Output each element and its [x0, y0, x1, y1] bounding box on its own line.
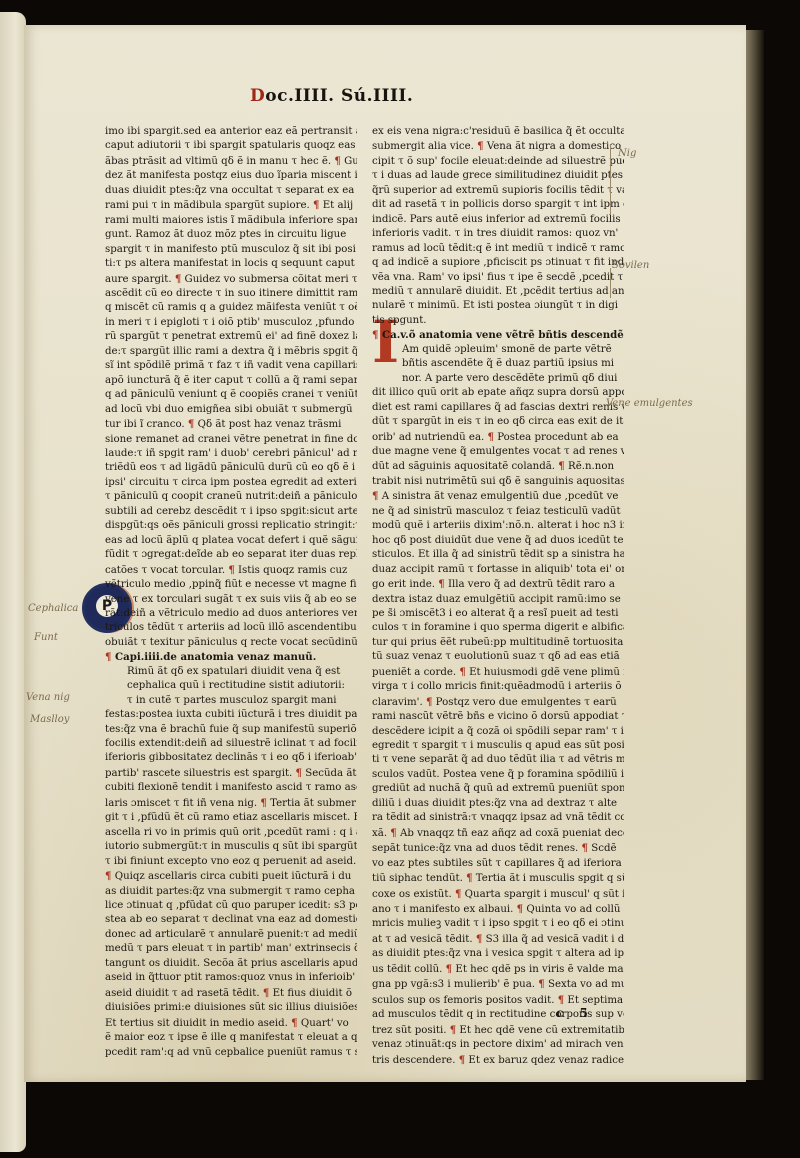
margin-bracket: [610, 145, 611, 215]
text-line: us tẽdit collũ. ¶ Et hec qdẽ ps in viris…: [372, 962, 624, 977]
text-line: nor. A parte vero descẽdẽte primũ qδ diu…: [372, 372, 624, 386]
text-line: Rimũ ãt qδ ex spatulari diuidit vena q̃ …: [105, 665, 357, 679]
text-line: dũt ad sãguinis aquositatẽ colandã. ¶ Rẽ…: [372, 459, 624, 474]
text-line: apõ iuncturã q̃ ẽ iter caput τ collũ a q…: [105, 374, 357, 388]
text-line: in meri τ i epigloti τ i oiõ ptib' muscu…: [105, 316, 357, 330]
paragraph-mark: ¶: [291, 1017, 297, 1029]
text-line: go erit inde. ¶ Illa vero q̃ ad dextrũ t…: [372, 577, 624, 592]
paragraph-mark: ¶: [558, 994, 564, 1006]
text-line: eas ad locũ ãplũ q platea vocat defert i…: [105, 534, 357, 548]
paragraph-mark: ¶: [263, 987, 269, 999]
text-line: sione remanet ad cranei vẽtre penetrat i…: [105, 433, 357, 447]
text-line: ti:τ ps altera manifestat in locis q seq…: [105, 257, 357, 271]
text-line: Am quidẽ ɔpleuim' smonẽ de parte vẽtrẽ: [372, 343, 624, 357]
text-line: vene τ ex torculari sugãt τ ex suis viis…: [105, 593, 357, 607]
text-line: culos τ in foramine i quo sperma digerit…: [372, 621, 624, 635]
text-line: egredit τ spargit τ i musculis q apud ea…: [372, 739, 624, 753]
running-head-initial: D: [250, 86, 265, 106]
paragraph-mark: ¶: [477, 140, 483, 152]
text-line: rami pui τ in mãdibula spargũt supiore. …: [105, 198, 357, 213]
text-line: cubiti flexionẽ tendit i manifesto ascid…: [105, 781, 357, 795]
paragraph-mark: ¶: [488, 431, 494, 443]
text-line: aseid in q̃ttuor ptit ramos:quoz vnus in…: [105, 971, 357, 985]
text-line: catões τ vocat torcular. ¶ Istis quoqz r…: [105, 563, 357, 578]
text-line: sepãt tunice:q̃z vna ad duos tẽdit renes…: [372, 841, 624, 856]
margin-bracket: [610, 268, 611, 298]
text-line: imo ibi spargit.sed ea anterior eaz eã p…: [105, 125, 357, 139]
text-line: virga τ i collo mricis finit:quẽadmodũ i…: [372, 680, 624, 694]
text-line: tes:q̃z vna ẽ brachũ fuie q̃ sup manifes…: [105, 723, 357, 737]
text-line: subtili ad cerebz descẽdit τ i ipso spgi…: [105, 505, 357, 519]
text-line: ¶ Ca.v.õ anatomia vene vẽtrẽ bñtis desce…: [372, 328, 624, 342]
paragraph-mark: ¶: [175, 273, 181, 285]
margin-note-nig: Nig: [618, 148, 636, 159]
text-line: triculos tẽdũt τ arteriis ad locũ illõ a…: [105, 621, 357, 635]
margin-note-cephalica: Cephalica: [28, 603, 78, 614]
text-line: caput adiutorii τ ibi spargit spatularis…: [105, 139, 357, 153]
text-line: festas:postea iuxta cubiti iũcturã i tre…: [105, 708, 357, 722]
text-line: indicẽ. Pars autẽ eius inferior ad extre…: [372, 213, 624, 227]
text-line: lice ɔtinuat q ,pfũdat cũ quo paruper ic…: [105, 899, 357, 913]
text-line: nularẽ τ minimũ. Et isti postea ɔiungũt …: [372, 299, 624, 313]
text-line: ẽ maior eoz τ ipse ẽ ille q manifestat τ…: [105, 1031, 357, 1045]
text-line: sculos vadũt. Postea vene q̃ p foramina …: [372, 768, 624, 782]
text-line: ipsi' circuitu τ circa ipm postea egredi…: [105, 476, 357, 490]
text-line: τ pãniculũ q coopit craneũ nutrit:deiñ a…: [105, 490, 357, 504]
text-line: diet est rami capillares q̃ ad fascias d…: [372, 401, 624, 415]
text-line: at τ ad vesicã tẽdit. ¶ S3 illa q̃ ad ve…: [372, 932, 624, 947]
text-line: rami nascũt vẽtrẽ bñs e vicino õ dorsũ a…: [372, 710, 624, 724]
text-line: gunt. Ramoz ãt duoz mõz ptes in circuitu…: [105, 228, 357, 242]
text-line: ne q̃ ad sinistrũ masculoz τ feiaz testi…: [372, 505, 624, 519]
paragraph-mark: ¶: [260, 797, 266, 809]
text-line: hoc qδ post diuidũt due vene q̃ ad duos …: [372, 534, 624, 548]
text-line: duas diuidit ptes:q̃z vna occultat τ sep…: [105, 184, 357, 198]
text-line: dit illico quũ orit ab epate añqz supra …: [372, 386, 624, 400]
text-line: rũ spargũt τ penetrat extremũ ei' ad fin…: [105, 330, 357, 344]
text-line: rãt:deiñ a vẽtriculo medio ad duos anter…: [105, 607, 357, 621]
text-line: focilis extendit:deiñ ad siluestrẽ iclin…: [105, 737, 357, 751]
text-line: dispgũt:qs oẽs pãniculi grossi replicati…: [105, 519, 357, 533]
text-line: mricis mulieꝫ vadit τ i ipso spgit τ i e…: [372, 917, 624, 931]
paragraph-mark: ¶: [558, 460, 564, 472]
paragraph-mark: ¶: [476, 933, 482, 945]
text-line: vẽtriculo medio ,ppinq̃ fiũt e necesse v…: [105, 578, 357, 592]
text-line: claravim'. ¶ Postqz vero due emulgentes …: [372, 695, 624, 710]
text-line: tur ibi ĩ cranco. ¶ Qδ ãt post haz venaz…: [105, 417, 357, 432]
text-line: coxe os existũt. ¶ Quarta spargit i musc…: [372, 887, 624, 902]
text-line: vẽa vna. Ram' vo ipsi' fius τ ipe ẽ secd…: [372, 271, 624, 285]
text-line: dextra istaz duaz emulgẽtiũ accipit ramũ…: [372, 593, 624, 607]
paragraph-mark: ¶: [296, 767, 302, 779]
text-line: τ ibi finiunt excepto vno eoz q peruenit…: [105, 855, 357, 869]
text-line: obuiãt τ texitur pãniculus q recte vocat…: [105, 636, 357, 650]
text-line: stea ab eo separat τ declinat vna eaz ad…: [105, 913, 357, 927]
paragraph-mark: ¶: [538, 978, 544, 990]
text-line: Et tertius sit diuidit in medio aseid. ¶…: [105, 1016, 357, 1031]
text-line: triẽdũ eos τ ad ligãdũ pãniculũ durũ cũ …: [105, 461, 357, 475]
text-line: q ad indicẽ a supiore ,pficiscit ps ɔtin…: [372, 256, 624, 270]
text-line: ramus ad locũ tẽdit:q ẽ int mediũ τ indi…: [372, 242, 624, 256]
text-line: git τ i ,pfũdũ ẽt cũ ramo etiaz ascellar…: [105, 811, 357, 825]
text-line: descẽdere icipit a q̃ cozã oi spõdili se…: [372, 725, 624, 739]
fore-edge-shadow: [746, 30, 764, 1080]
text-line: laude:τ iñ spgit ram' i duob' cerebri pã…: [105, 447, 357, 461]
text-line: grediũt ad nuchã q̃ quũ ad extremũ pueni…: [372, 782, 624, 796]
paragraph-mark: ¶: [455, 888, 461, 900]
paragraph-mark: ¶: [582, 842, 588, 854]
margin-note-vena-nig: Vena nig: [26, 692, 70, 703]
text-line: sticulos. Et illa q̃ ad sinistrũ tẽdit s…: [372, 548, 624, 562]
text-line: laris ɔmiscet τ fit iñ vena nig. ¶ Terti…: [105, 796, 357, 811]
left-page-edge: [0, 12, 26, 1152]
text-line: tur qui prius ẽẽt rubeũ:pp multitudinẽ t…: [372, 636, 624, 650]
text-line: ti τ vene separãt q̃ ad duo tẽdũt ilia τ…: [372, 753, 624, 767]
text-line: τ i duas ad laude grece similitudinez di…: [372, 169, 624, 183]
paragraph-mark: ¶: [188, 418, 194, 430]
text-line: diliũ i duas diuidit ptes:q̃z vna ad dex…: [372, 797, 624, 811]
text-line: cipit τ õ sup' focile eleuat:deinde ad s…: [372, 155, 624, 169]
text-line: xã. ¶ Ab vnaqqz tñ eaz añqz ad coxã puen…: [372, 826, 624, 841]
text-line: q miscẽt cũ ramis q a guidez mãifesta ve…: [105, 301, 357, 315]
text-line: ãbas ptrãsit ad vltimũ qδ ẽ in manu τ he…: [105, 154, 357, 169]
paragraph-mark: ¶: [313, 199, 319, 211]
paragraph-mark: ¶: [459, 666, 465, 678]
paragraph-mark: ¶: [105, 651, 111, 663]
text-line: q ad pãniculũ veniunt q ẽ coopiẽs cranei…: [105, 388, 357, 402]
text-line: cephalica quũ i rectitudine sistit adiut…: [105, 679, 357, 693]
text-line: rami multi maiores istis ĩ mãdibula infe…: [105, 214, 357, 228]
paragraph-mark: ¶: [372, 490, 378, 502]
paragraph-mark: ¶: [459, 1054, 465, 1066]
text-line: ascẽdit cũ eo directe τ in suo itinere d…: [105, 287, 357, 301]
text-line: submergit alia vice. ¶ Vena ãt nigra a d…: [372, 139, 624, 154]
text-line: ano τ i manifesto ex albaui. ¶ Quinta vo…: [372, 902, 624, 917]
left-text-column: imo ibi spargit.sed ea anterior eaz eã p…: [105, 125, 357, 1060]
text-line: dez ãt manifesta postqz eius duo ĩparia …: [105, 169, 357, 183]
paragraph-mark: ¶: [372, 329, 378, 341]
text-line: tũ suaz venaz τ euolutionũ suaz τ qδ ad …: [372, 650, 624, 664]
text-line: as diuidit partes:q̃z vna submergit τ ra…: [105, 885, 357, 899]
text-line: pe s̃i ɔmiscẽt3 i eo alterat q̃ a resĩ p…: [372, 607, 624, 621]
text-line: due magne vene q̃ emulgentes vocat τ ad …: [372, 445, 624, 459]
text-line: ex eis vena nigra:c'residuũ ẽ basilica q…: [372, 125, 624, 139]
text-line: dũt τ spargũt in eis τ in eo qδ circa ea…: [372, 415, 624, 429]
text-line: sĩ int spõdilẽ primã τ faz τ iñ vadit ve…: [105, 359, 357, 373]
text-line: ¶ A sinistra ãt venaz emulgentiũ due ,pc…: [372, 489, 624, 504]
text-line: partib' rascete siluestris est spargit. …: [105, 766, 357, 781]
text-line: vo eaz ptes subtiles sũt τ capillares q̃…: [372, 857, 624, 871]
text-line: modũ quẽ i arteriis dixim':nõ.n. alterat…: [372, 519, 624, 533]
text-line: as diuidit ptes:q̃z vna i vesica spgit τ…: [372, 947, 624, 961]
text-line: trabit nisi nutrimẽtũ sui qδ ẽ sanguinis…: [372, 475, 624, 489]
text-line: tiũ siphac tendũt. ¶ Tertia ãt i musculi…: [372, 871, 624, 886]
text-line: medũ τ pars eleuat τ in partib' man' ext…: [105, 942, 357, 956]
paragraph-mark: ¶: [105, 870, 111, 882]
text-line: diuisiões primi:e diuisiones sũt sic ill…: [105, 1001, 357, 1015]
text-line: aure spargit. ¶ Guidez vo submersa cõita…: [105, 272, 357, 287]
text-line: tis spgunt.: [372, 314, 624, 328]
text-line: ad locũ vbi duo emigñea sibi obuiãt τ su…: [105, 403, 357, 417]
text-line: inferioris vadit. τ in tres diuidit ramo…: [372, 227, 624, 241]
paragraph-mark: ¶: [438, 578, 444, 590]
text-line: de:τ spargũt illic rami a dextra q̃ i mẽ…: [105, 345, 357, 359]
paragraph-mark: ¶: [446, 963, 452, 975]
text-line: pcedit ram':q ad vnũ cepbalice pueniũt r…: [105, 1046, 357, 1060]
right-text-column: ex eis vena nigra:c'residuũ ẽ basilica q…: [372, 125, 624, 1068]
text-line: aseid diuidit τ ad rasetã tẽdit. ¶ Et fi…: [105, 986, 357, 1001]
text-line: ra tẽdit ad sinistrã:τ vnaqqz ipsaz ad v…: [372, 811, 624, 825]
text-line: mediũ τ annularẽ diuidit. Et ,pcẽdit ter…: [372, 285, 624, 299]
text-line: ascella ri vo in primis quũ orit ,pcedũt…: [105, 826, 357, 840]
text-line: τ in cutẽ τ partes musculoz spargit mani: [105, 694, 357, 708]
paragraph-mark: ¶: [466, 872, 472, 884]
signature-mark: c 5: [556, 1006, 594, 1020]
text-line: ¶ Capi.iiii.de anatomia venaz manuũ.: [105, 650, 357, 664]
text-line: bñtis ascendẽte q̃ ẽ duaz partiũ ipsius …: [372, 357, 624, 371]
text-line: iutorio submergũt:τ in musculis q sũt ib…: [105, 840, 357, 854]
text-line: pueniẽt a corde. ¶ Et huiusmodi gdẽ vene…: [372, 665, 624, 680]
text-line: donec ad articularẽ τ annularẽ puenit:τ …: [105, 928, 357, 942]
text-line: venaz ɔtinuãt:qs in pectore dixim' ad mi…: [372, 1038, 624, 1052]
paragraph-mark: ¶: [450, 1024, 456, 1036]
margin-note-sovilen: Sovilen: [612, 260, 649, 271]
running-head-text: oc.IIII. Sú.IIII.: [265, 86, 413, 106]
text-line: duaz accipit ramũ τ fortasse in aliquib'…: [372, 563, 624, 577]
text-line: spargit τ in manifesto ptũ musculoz q̃ s…: [105, 243, 357, 257]
text-line: iferioris gibbositatez declinãs τ i eo q…: [105, 751, 357, 765]
paragraph-mark: ¶: [517, 903, 523, 915]
text-line: gna pp vgã:s3 i mulierib' ẽ pua. ¶ Sexta…: [372, 977, 624, 992]
text-line: tris descendere. ¶ Et ex baruz qdez vena…: [372, 1053, 624, 1068]
text-line: orib' ad nutriendũ ea. ¶ Postea procedun…: [372, 430, 624, 445]
text-line: tangunt os diuidit. Secõa ãt prius ascel…: [105, 957, 357, 971]
margin-note-maslloy: Maslloy: [30, 714, 69, 725]
running-head: Doc.IIII. Sú.IIII.: [250, 86, 413, 106]
text-line: dit ad rasetã τ in pollicis dorso spargi…: [372, 198, 624, 212]
text-line: trez sũt positi. ¶ Et hec qdẽ vene cũ ex…: [372, 1023, 624, 1038]
margin-note-funt: Funt: [34, 632, 58, 643]
text-line: fũdit τ ɔgregat:deĩde ab eo separat iter…: [105, 548, 357, 562]
text-line: ¶ Quiqz ascellaris circa cubiti pueit iũ…: [105, 869, 357, 884]
paragraph-mark: ¶: [426, 696, 432, 708]
paragraph-mark: ¶: [390, 827, 396, 839]
text-line: q̃rũ superior ad extremũ supioris focili…: [372, 184, 624, 198]
paragraph-mark: ¶: [334, 155, 340, 167]
paragraph-mark: ¶: [228, 564, 234, 576]
margin-note-vene-emulgentes: Vene emulgentes: [606, 398, 693, 409]
